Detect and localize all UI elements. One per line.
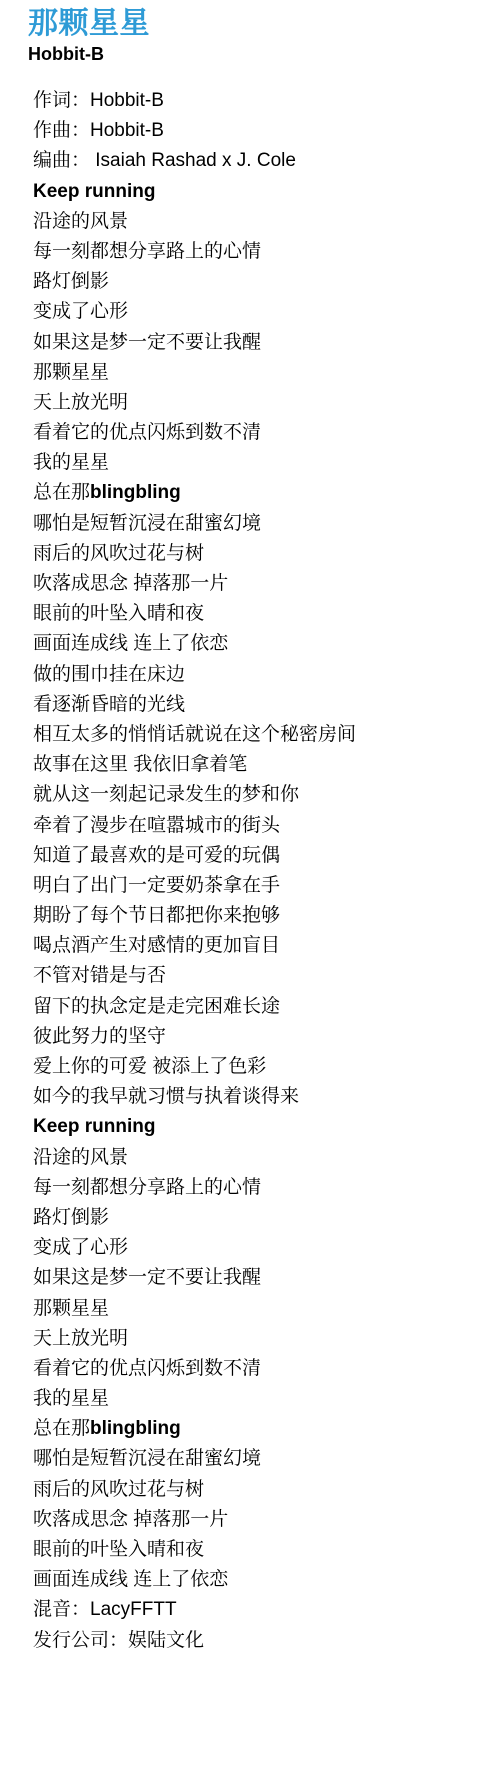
lyric-line: 看逐渐昏暗的光线 [33, 690, 482, 720]
lyric-line: Keep running [33, 177, 482, 207]
lyric-line: 眼前的叶坠入晴和夜 [33, 1535, 482, 1565]
lyric-line: 眼前的叶坠入晴和夜 [33, 599, 482, 629]
lyric-line: Keep running [33, 1112, 482, 1142]
lyric-line: 不管对错是与否 [33, 961, 482, 991]
lyric-line: 吹落成思念 掉落那一片 [33, 1505, 482, 1535]
lyric-line: 相互太多的悄悄话就说在这个秘密房间 [33, 720, 482, 750]
lyric-line: 哪怕是短暂沉浸在甜蜜幻境 [33, 1444, 482, 1474]
lyric-line: 如果这是梦一定不要让我醒 [33, 1263, 482, 1293]
lyric-line: 牵着了漫步在喧嚣城市的街头 [33, 811, 482, 841]
artist-name: Hobbit-B [28, 43, 482, 65]
lyric-line: 沿途的风景 [33, 207, 482, 237]
lyric-line: 故事在这里 我依旧拿着笔 [33, 750, 482, 780]
lyric-line: 彼此努力的坚守 [33, 1022, 482, 1052]
page-title: 那颗星星 [28, 6, 482, 42]
lyric-line: 画面连成线 连上了依恋 [33, 1565, 482, 1595]
lyric-line: 编曲： Isaiah Rashad x J. Cole [33, 146, 482, 176]
lyric-line: 做的围巾挂在床边 [33, 660, 482, 690]
lyric-line: 雨后的风吹过花与树 [33, 539, 482, 569]
lyric-line: 看着它的优点闪烁到数不清 [33, 1354, 482, 1384]
lyric-line: 每一刻都想分享路上的心情 [33, 1173, 482, 1203]
lyric-line: 我的星星 [33, 1384, 482, 1414]
lyric-line: 变成了心形 [33, 297, 482, 327]
lyric-line: 天上放光明 [33, 1324, 482, 1354]
lyrics-page: 那颗星星 Hobbit-B 作词：Hobbit-B作曲：Hobbit-B编曲： … [0, 0, 500, 1780]
lyric-line: 看着它的优点闪烁到数不清 [33, 418, 482, 448]
lyric-line: 沿途的风景 [33, 1143, 482, 1173]
lyric-line: 雨后的风吹过花与树 [33, 1475, 482, 1505]
lyric-line: 发行公司：娱陆文化 [33, 1626, 482, 1656]
lyric-line: 那颗星星 [33, 1294, 482, 1324]
lyric-line: 我的星星 [33, 448, 482, 478]
lyric-line: 作曲：Hobbit-B [33, 116, 482, 146]
lyric-line: 明白了出门一定要奶茶拿在手 [33, 871, 482, 901]
lyric-line: 总在那blingbling [33, 478, 482, 508]
lyric-line: 作词：Hobbit-B [33, 86, 482, 116]
lyric-line: 留下的执念定是走完困难长途 [33, 992, 482, 1022]
lyric-line: 天上放光明 [33, 388, 482, 418]
lyric-line: 哪怕是短暂沉浸在甜蜜幻境 [33, 509, 482, 539]
lyric-line-latin-segment: blingbling [90, 482, 181, 503]
lyric-line: 喝点酒产生对感情的更加盲目 [33, 931, 482, 961]
lyric-line: 那颗星星 [33, 358, 482, 388]
lyric-line-latin-segment: blingbling [90, 1418, 181, 1439]
lyric-line: 总在那blingbling [33, 1414, 482, 1444]
lyric-line: 如今的我早就习惯与执着谈得来 [33, 1082, 482, 1112]
lyric-line: 路灯倒影 [33, 1203, 482, 1233]
lyric-line: 如果这是梦一定不要让我醒 [33, 328, 482, 358]
lyric-line: 就从这一刻起记录发生的梦和你 [33, 780, 482, 810]
lyric-line: 混音：LacyFFTT [33, 1595, 482, 1625]
lyric-line: 路灯倒影 [33, 267, 482, 297]
lyric-line: 吹落成思念 掉落那一片 [33, 569, 482, 599]
lyric-line: 画面连成线 连上了依恋 [33, 629, 482, 659]
lyric-line: 期盼了每个节日都把你来抱够 [33, 901, 482, 931]
lyrics-block: 作词：Hobbit-B作曲：Hobbit-B编曲： Isaiah Rashad … [28, 86, 482, 1656]
lyric-line: 变成了心形 [33, 1233, 482, 1263]
lyric-line: 知道了最喜欢的是可爱的玩偶 [33, 841, 482, 871]
lyric-line: 爱上你的可爱 被添上了色彩 [33, 1052, 482, 1082]
lyric-line: 每一刻都想分享路上的心情 [33, 237, 482, 267]
